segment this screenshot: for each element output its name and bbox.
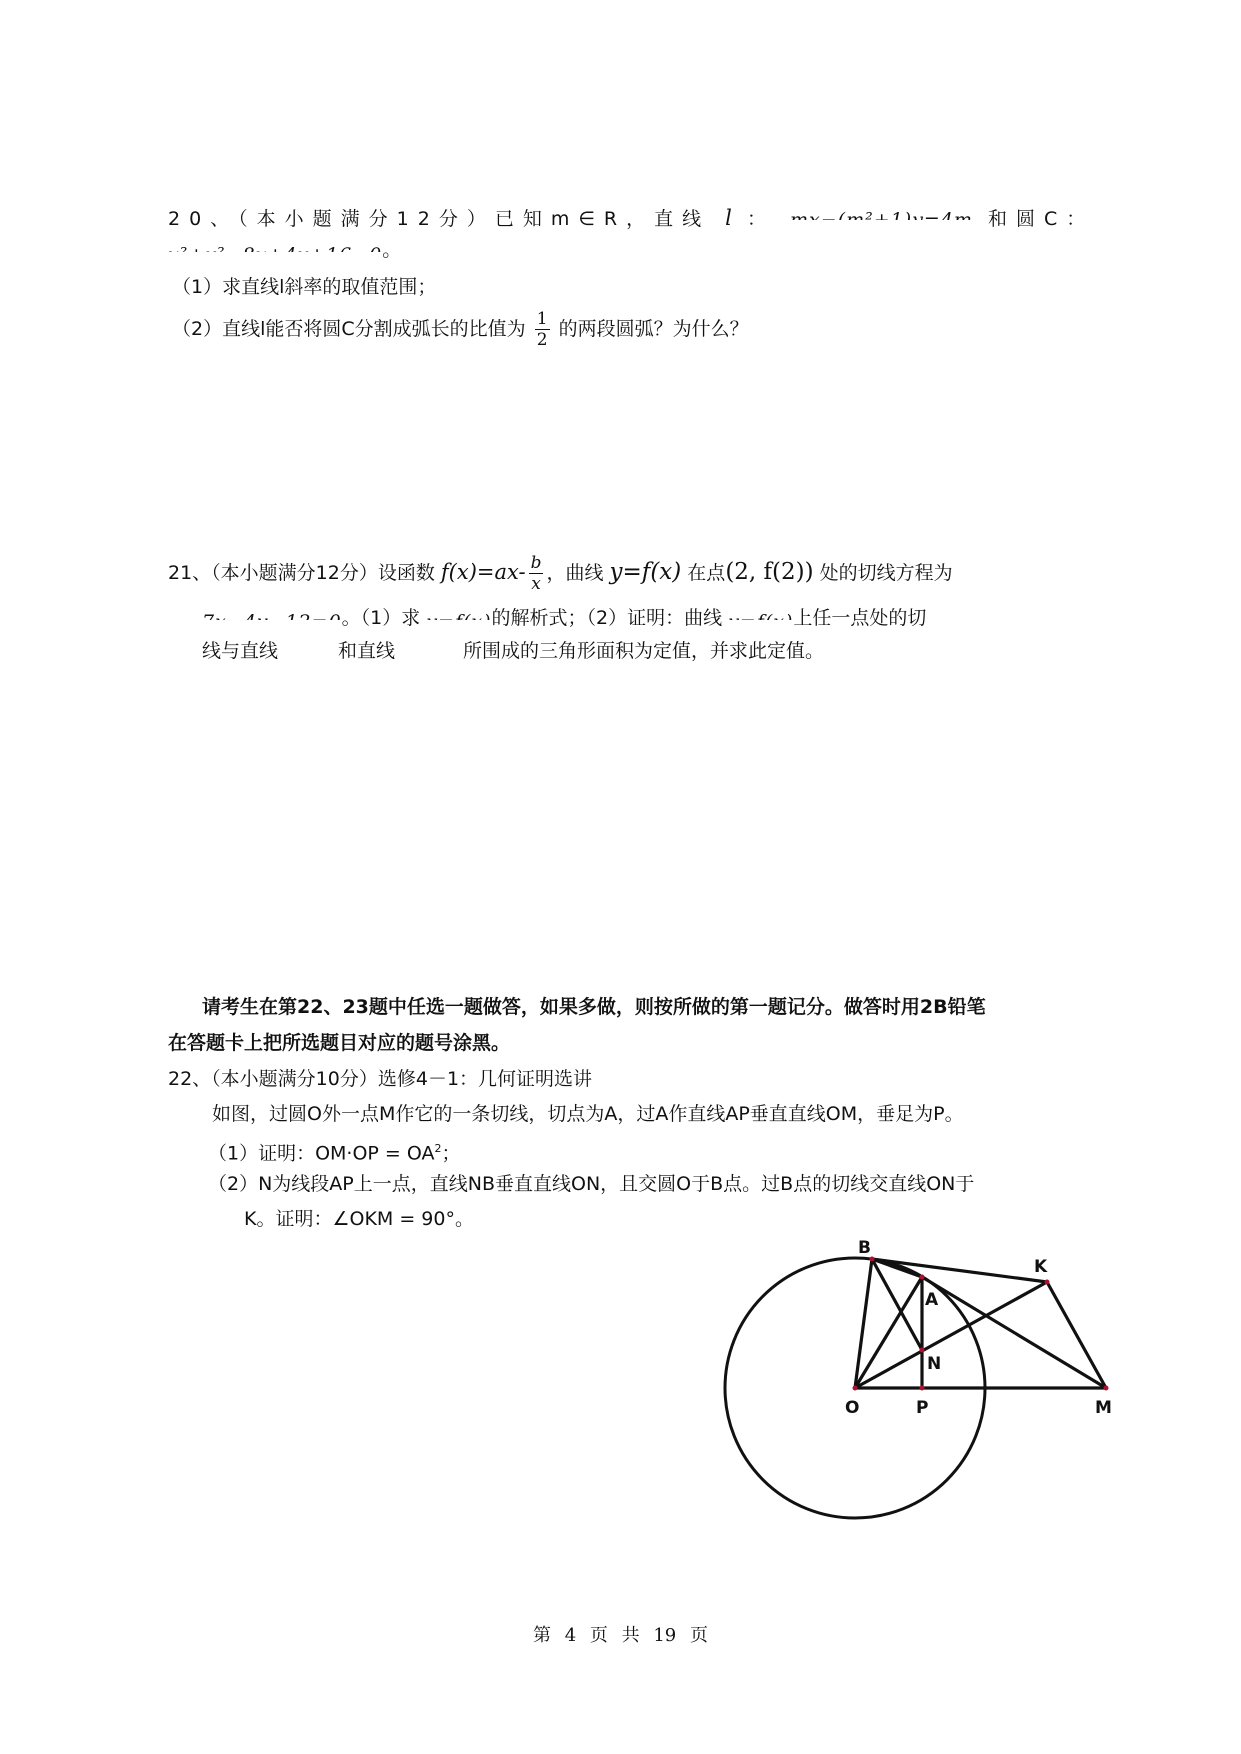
q22-part1-superscript: 2 — [435, 1142, 442, 1155]
label-b: B — [858, 1238, 871, 1258]
q21-curve: y=f(x) — [610, 559, 682, 585]
q21-fn-clipped-1: y=f(x) — [426, 610, 491, 620]
q22-stem: 如图，过圆O外一点M作它的一条切线，切点为A，过A作直线AP垂直直线OM，垂足为… — [212, 1102, 964, 1126]
fraction-numerator: b — [529, 553, 544, 574]
q21-function: f(x)=ax- — [441, 560, 526, 584]
label-a: A — [925, 1290, 939, 1310]
q20-circle-equation: x²+y²−8x+4y+16=0 — [168, 243, 382, 252]
q22-title: 22、（本小题满分10分）选修4－1：几何证明选讲 — [168, 1067, 592, 1091]
q21-fraction-b-over-x: b x — [529, 553, 544, 594]
segment-bk — [872, 1259, 1047, 1282]
q20-period: 。 — [382, 239, 401, 261]
q21-header: 21、（本小题满分12分）设函数 — [168, 562, 435, 584]
label-p: P — [916, 1398, 928, 1418]
q20-header: 20、（本小题满分12分）已知m∈R，直线 — [168, 208, 710, 230]
label-m: M — [1095, 1398, 1112, 1418]
q22-part1: （1）证明：OM·OP = OA2； — [208, 1137, 461, 1165]
q21-part2-text-end: 上任一点处的切 — [793, 607, 926, 629]
q20-part2-text-a: （2）直线l能否将圆C分割成弧长的比值为 — [172, 318, 526, 340]
point-a — [920, 1275, 925, 1280]
q20-and-circle: 和圆C： — [988, 208, 1094, 230]
q20-part2-text-b: 的两段圆弧？为什么？ — [559, 318, 749, 340]
q21-part1-text: 。（1）求 — [342, 607, 421, 629]
q20-colon: ： — [747, 208, 775, 230]
segment-ob — [855, 1259, 872, 1388]
point-n — [920, 1348, 925, 1353]
q21-l3-c: 所围成的三角形面积为定值，并求此定值。 — [463, 640, 824, 662]
label-n: N — [927, 1354, 941, 1374]
q21-tangent-equation: 7x−4y−12=0 — [202, 610, 342, 620]
q20-line-equation: mx−(m²+1)y=4m — [790, 208, 973, 220]
segment-am — [922, 1277, 1106, 1388]
notice-line1: 请考生在第22、23题中任选一题做答，如果多做，则按所做的第一题记分。做答时用2… — [202, 995, 986, 1019]
fraction-denominator: 2 — [535, 330, 550, 350]
q21-part2-text: 的解析式；（2）证明：曲线 — [492, 607, 723, 629]
point-p — [920, 1386, 925, 1391]
point-m — [1104, 1386, 1109, 1391]
q21-l3-b: 和直线 — [338, 640, 395, 662]
q20-line2: x²+y²−8x+4y+16=0。 — [168, 238, 401, 262]
q20-line1: 20、（本小题满分12分）已知m∈R，直线 l ： mx−(m²+1)y=4m … — [168, 206, 1094, 231]
q21-text-tangent: 处的切线方程为 — [820, 562, 953, 584]
geometry-figure: B A K N O P M — [700, 1220, 1140, 1540]
q20-part1: （1）求直线l斜率的取值范围； — [172, 275, 436, 299]
point-o — [853, 1386, 858, 1391]
fraction-denominator: x — [529, 574, 544, 594]
segment-km — [1047, 1282, 1106, 1388]
q21-line1: 21、（本小题满分12分）设函数 f(x)=ax- b x ，曲线 y=f(x)… — [168, 550, 953, 595]
fraction-numerator: 1 — [535, 309, 550, 330]
q22-part1-end: ； — [442, 1142, 461, 1164]
q22-part2-line1: （2）N为线段AP上一点，直线NB垂直直线ON，且交圆O于B点。过B点的切线交直… — [208, 1172, 974, 1196]
point-k — [1045, 1280, 1050, 1285]
q22-part1-text: （1）证明：OM·OP = OA — [208, 1142, 435, 1164]
q21-text-curve: ，曲线 — [546, 562, 603, 584]
q21-l3-a: 线与直线 — [202, 640, 278, 662]
q21-text-at-point: 在点 — [687, 562, 725, 584]
q21-line2: 7x−4y−12=0。（1）求 y=f(x)的解析式；（2）证明：曲线 y=f(… — [202, 606, 926, 630]
label-k: K — [1034, 1257, 1048, 1277]
page-number-footer: 第 4 页 共 19 页 — [0, 1621, 1241, 1647]
q21-fn-clipped-2: y=f(x) — [728, 610, 793, 620]
notice-line2: 在答题卡上把所选题目对应的题号涂黑。 — [168, 1031, 510, 1055]
q20-fraction-one-half: 1 2 — [535, 309, 550, 350]
label-o: O — [845, 1398, 859, 1418]
q22-part2-line2: K。证明：∠OKM = 90°。 — [244, 1207, 474, 1231]
q21-point: (2, f(2)) — [725, 559, 813, 585]
q20-part2: （2）直线l能否将圆C分割成弧长的比值为 1 2 的两段圆弧？为什么？ — [172, 309, 749, 350]
q21-line3: 线与直线和直线所围成的三角形面积为定值，并求此定值。 — [202, 639, 824, 663]
q20-line-var: l — [725, 206, 732, 230]
